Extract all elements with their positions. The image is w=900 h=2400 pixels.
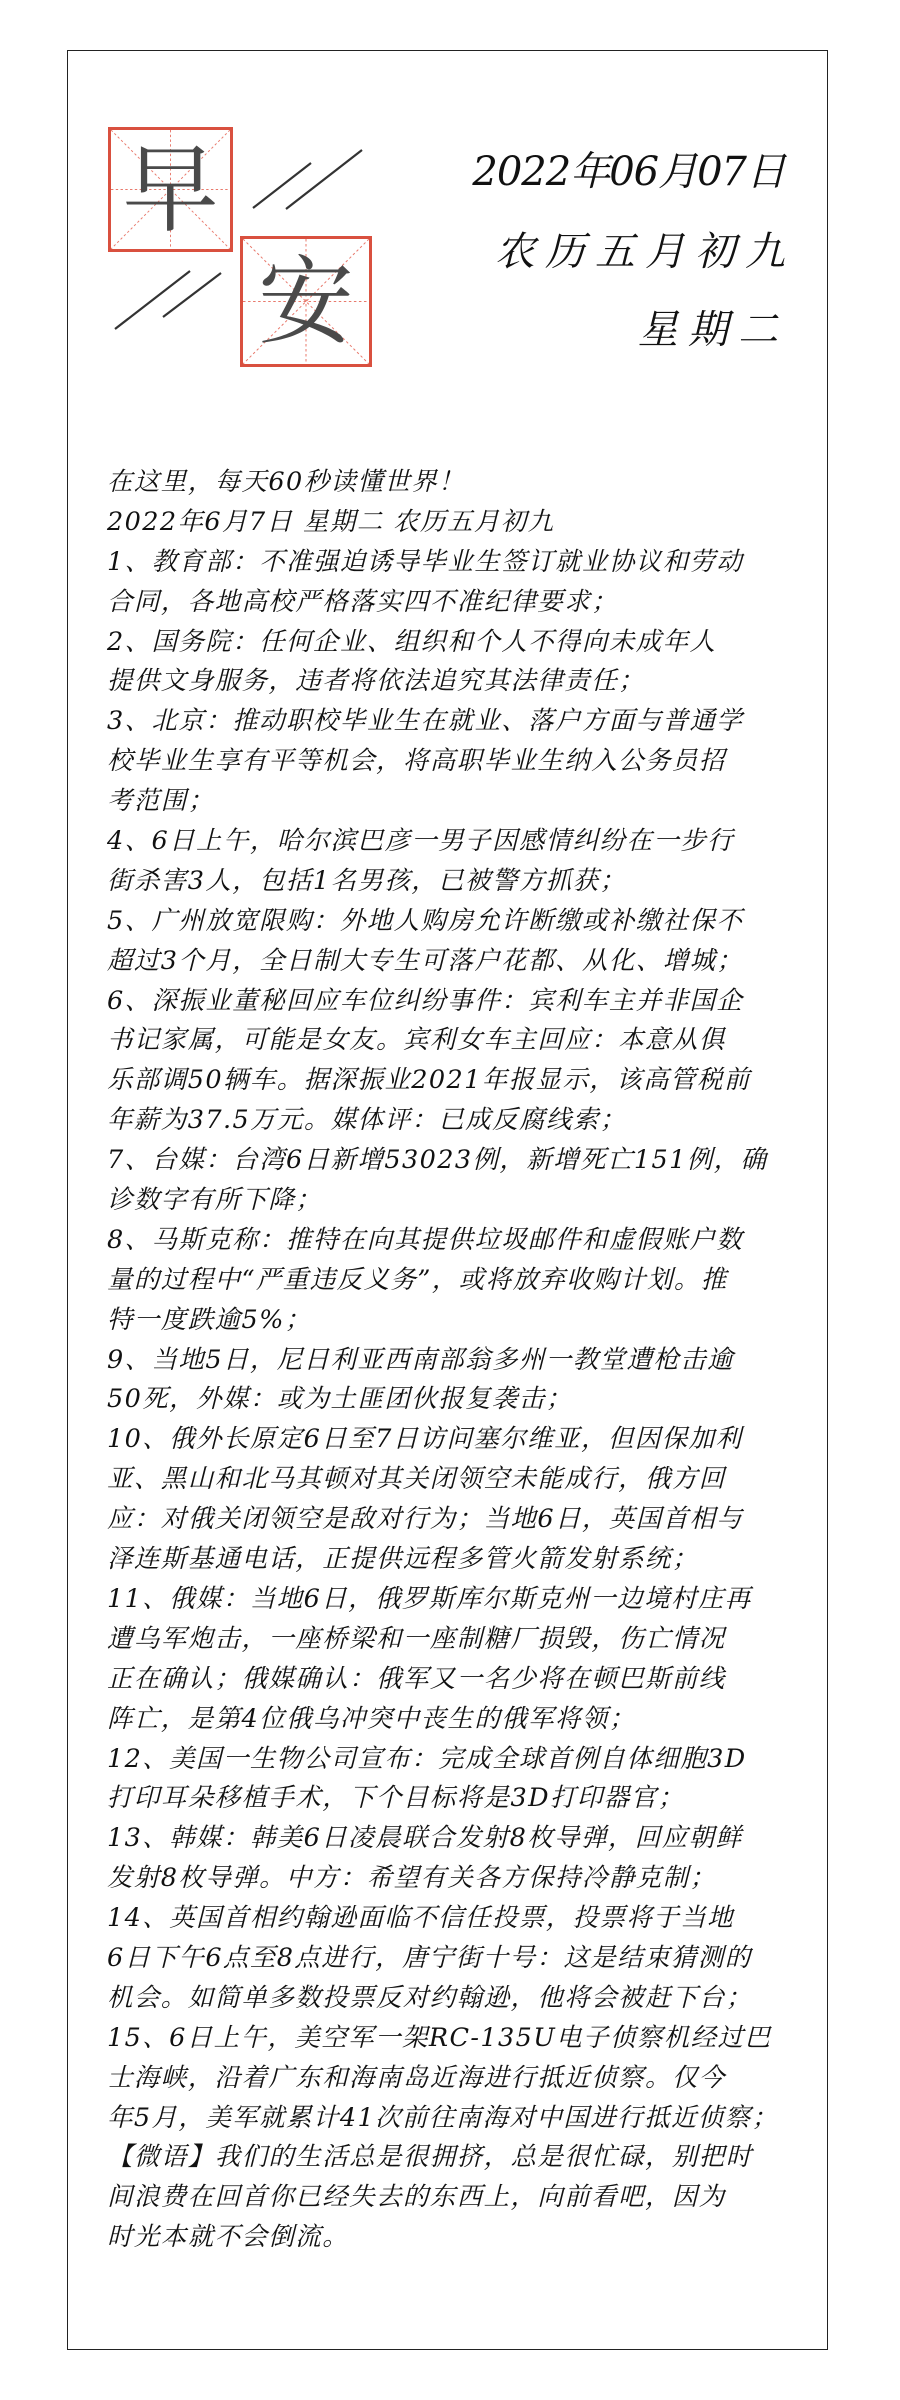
greeting-char-morning: 早 [111,130,230,249]
news-line: 【微语】我们的生活总是很拥挤，总是很忙碌，别把时 [107,2138,807,2178]
news-line: 特一度跌逾5%； [107,1301,807,1341]
lunar-date: 农历五月初九 [495,220,795,277]
news-line: 1、教育部：不准强迫诱导毕业生签订就业协议和劳动 [107,543,807,583]
news-line: 亚、黑山和北马其顿对其关闭领空未能成行，俄方回 [107,1460,807,1500]
news-line: 13、韩媒：韩美6日凌晨联合发射8枚导弹，回应朝鲜 [107,1819,807,1859]
news-line: 诊数字有所下降； [107,1181,807,1221]
news-line: 9、当地5日，尼日利亚西南部翁多州一教堂遭枪击逾 [107,1341,807,1381]
news-line: 提供文身服务，违者将依法追究其法律责任； [107,662,807,702]
news-line: 年薪为37.5万元。媒体评：已成反腐线索； [107,1101,807,1141]
news-line: 乐部调50辆车。据深振业2021年报显示，该高管税前 [107,1061,807,1101]
news-line: 遭乌军炮击，一座桥梁和一座制糖厂损毁，伤亡情况 [107,1620,807,1660]
news-line: 2、国务院：任何企业、组织和个人不得向未成年人 [107,623,807,663]
news-line: 正在确认；俄媒确认：俄军又一名少将在顿巴斯前线 [107,1660,807,1700]
news-line: 应：对俄关闭领空是敌对行为；当地6日，英国首相与 [107,1500,807,1540]
news-line: 打印耳朵移植手术，下个目标将是3D打印器官； [107,1779,807,1819]
greeting-char-peace: 安 [243,239,369,364]
news-line: 10、俄外长原定6日至7日访问塞尔维亚，但因保加利 [107,1420,807,1460]
news-line: 3、北京：推动职校毕业生在就业、落户方面与普通学 [107,702,807,742]
news-line: 6日下午6点至8点进行，唐宁街十号：这是结束猜测的 [107,1939,807,1979]
news-line: 考范围； [107,782,807,822]
tianzige-box-an: 安 [240,236,372,367]
news-body: 在这里，每天60秒读懂世界！2022年6月7日 星期二 农历五月初九1、教育部：… [107,463,807,2258]
news-line: 14、英国首相约翰逊面临不信任投票，投票将于当地 [107,1899,807,1939]
gregorian-date: 2022年06月07日 [472,140,785,197]
news-line: 时光本就不会倒流。 [107,2218,807,2258]
news-line: 校毕业生享有平等机会，将高职毕业生纳入公务员招 [107,742,807,782]
news-line: 士海峡，沿着广东和海南岛近海进行抵近侦察。仅今 [107,2059,807,2099]
news-line: 阵亡，是第4位俄乌冲突中丧生的俄军将领； [107,1700,807,1740]
news-line: 泽连斯基通电话，正提供远程多管火箭发射系统； [107,1540,807,1580]
news-line: 在这里，每天60秒读懂世界！ [107,463,807,503]
news-line: 2022年6月7日 星期二 农历五月初九 [107,503,807,543]
news-line: 超过3个月，全日制大专生可落户花都、从化、增城； [107,942,807,982]
news-line: 8、马斯克称：推特在向其提供垃圾邮件和虚假账户数 [107,1221,807,1261]
news-line: 5、广州放宽限购：外地人购房允许断缴或补缴社保不 [107,902,807,942]
news-line: 书记家属，可能是女友。宾利女车主回应：本意从俱 [107,1021,807,1061]
news-line: 合同，各地高校严格落实四不准纪律要求； [107,583,807,623]
news-line: 50死，外媒：或为土匪团伙报复袭击； [107,1380,807,1420]
news-line: 11、俄媒：当地6日，俄罗斯库尔斯克州一边境村庄再 [107,1580,807,1620]
news-line: 6、深振业董秘回应车位纠纷事件：宾利车主并非国企 [107,982,807,1022]
news-line: 发射8枚导弹。中方：希望有关各方保持冷静克制； [107,1859,807,1899]
news-line: 街杀害3人，包括1名男孩，已被警方抓获； [107,862,807,902]
news-line: 年5月，美军就累计41次前往南海对中国进行抵近侦察； [107,2099,807,2139]
news-line: 间浪费在回首你已经失去的东西上，向前看吧，因为 [107,2178,807,2218]
news-line: 量的过程中“严重违反义务”，或将放弃收购计划。推 [107,1261,807,1301]
news-line: 4、6日上午，哈尔滨巴彦一男子因感情纠纷在一步行 [107,822,807,862]
news-line: 12、美国一生物公司宣布：完成全球首例自体细胞3D [107,1740,807,1780]
news-line: 7、台媒：台湾6日新增53023例，新增死亡151例，确 [107,1141,807,1181]
tianzige-box-zao: 早 [108,127,233,252]
news-line: 机会。如简单多数投票反对约翰逊，他将会被赶下台； [107,1979,807,2019]
weekday: 星期二 [638,298,788,355]
news-line: 15、6日上午，美空军一架RC-135U电子侦察机经过巴 [107,2019,807,2059]
